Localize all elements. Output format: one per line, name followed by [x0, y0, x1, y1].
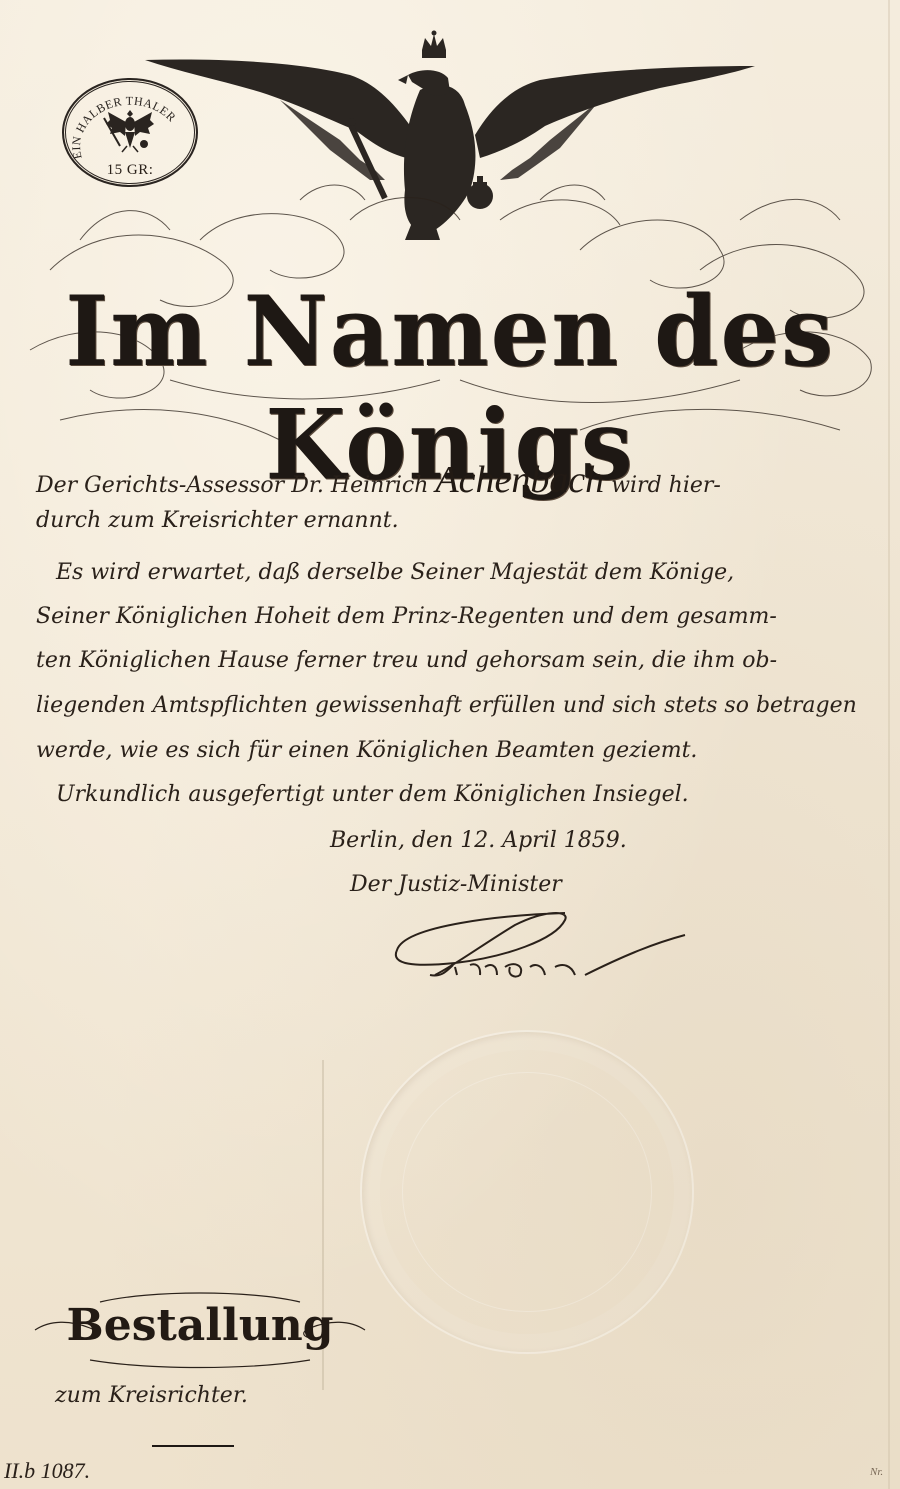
body-line-4: Seiner Königlichen Hoheit dem Prinz-Rege…: [36, 604, 777, 629]
body-line-1-pre: Der Gerichts-Assessor Dr. Heinrich: [36, 473, 428, 498]
appointee-name: Achenbach: [435, 459, 604, 501]
body-line-8: Urkundlich ausgefertigt unter dem Königl…: [56, 782, 689, 807]
crowned-eagle-icon: [140, 30, 760, 240]
body-line-1-post: wird hier-: [611, 473, 721, 498]
embossed-seal: [360, 1030, 694, 1354]
footer-title: Bestallung: [40, 1300, 360, 1351]
divider-rule: [152, 1445, 234, 1447]
place-date: Berlin, den 12. April 1859.: [330, 828, 627, 853]
corner-mark: Nr.: [870, 1466, 883, 1478]
signatory-title: Der Justiz-Minister: [350, 872, 562, 897]
minister-signature: [385, 905, 695, 1005]
reference-number: II.b 1087.: [4, 1458, 90, 1484]
body-line-5: ten Königlichen Hause ferner treu und ge…: [36, 648, 777, 673]
body-line-2: durch zum Kreisrichter ernannt.: [36, 508, 399, 533]
embossed-seal-inner: [402, 1072, 652, 1312]
body-line-7: werde, wie es sich für einen Königlichen…: [36, 738, 697, 763]
fold-crease-right: [888, 0, 890, 1489]
body-line-3: Es wird erwartet, daß derselbe Seiner Ma…: [56, 560, 734, 585]
body-line-6: liegenden Amtspflichten gewissenhaft erf…: [36, 693, 857, 718]
footer-subtitle: zum Kreisrichter.: [55, 1383, 248, 1408]
body-line-1: Der Gerichts-Assessor Dr. Heinrich Achen…: [36, 458, 721, 502]
